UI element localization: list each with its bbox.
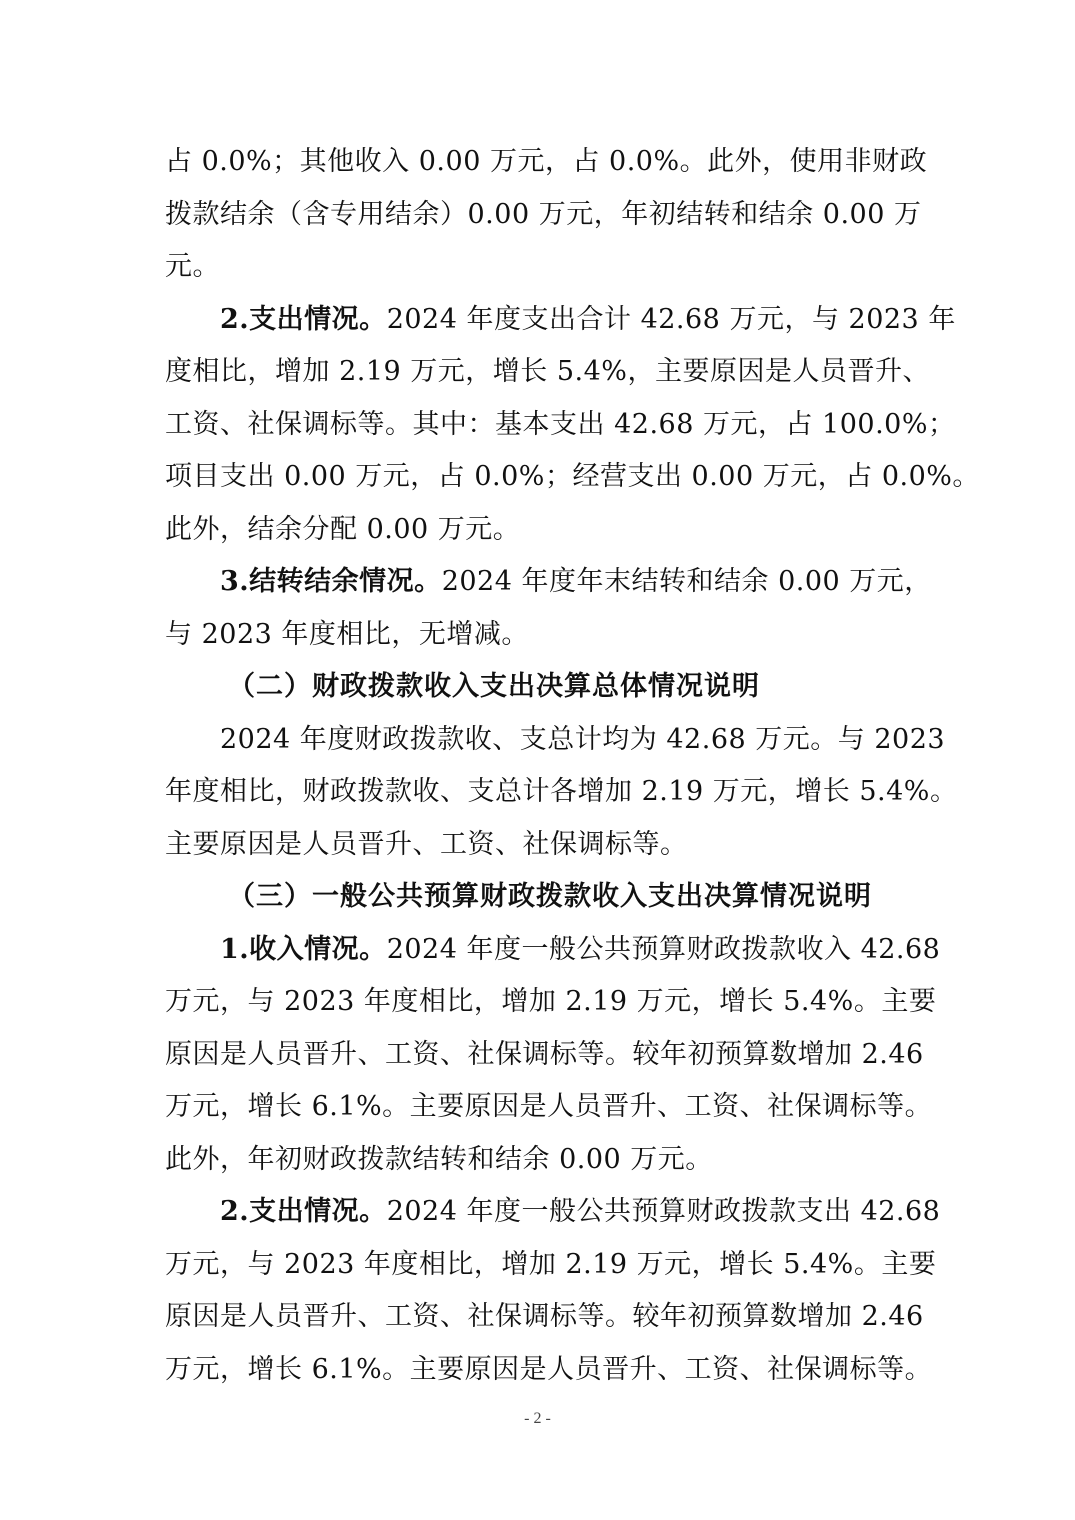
paragraph-line: 2024 年度财政拨款收、支总计均为 42.68 万元。与 2023 bbox=[220, 722, 913, 758]
paragraph-line: 项目支出 0.00 万元，占 0.0%；经营支出 0.00 万元，占 0.0%。 bbox=[165, 459, 913, 495]
expense-paragraph-line: 2.支出情况。2024 年度支出合计 42.68 万元，与 2023 年 bbox=[220, 302, 913, 338]
carryover-label: 3.结转结余情况。 bbox=[220, 566, 442, 597]
paragraph-line: 拨款结余（含专用结余）0.00 万元，年初结转和结余 0.00 万 bbox=[165, 197, 913, 233]
paragraph-line: 万元，增长 6.1%。主要原因是人员晋升、工资、社保调标等。 bbox=[165, 1089, 913, 1125]
paragraph-line: 此外，结余分配 0.00 万元。 bbox=[165, 512, 913, 548]
income-paragraph-line: 1.收入情况。2024 年度一般公共预算财政拨款收入 42.68 bbox=[220, 932, 913, 968]
paragraph-line: 主要原因是人员晋升、工资、社保调标等。 bbox=[165, 827, 913, 863]
section-heading-2: （二）财政拨款收入支出决算总体情况说明 bbox=[228, 669, 760, 705]
gp-expense-label: 2.支出情况。 bbox=[220, 1196, 387, 1227]
paragraph-line: 元。 bbox=[165, 249, 913, 285]
gp-expense-paragraph-line: 2.支出情况。2024 年度一般公共预算财政拨款支出 42.68 bbox=[220, 1194, 913, 1230]
paragraph-line: 万元，与 2023 年度相比，增加 2.19 万元，增长 5.4%。主要 bbox=[165, 984, 913, 1020]
paragraph-line: 与 2023 年度相比，无增减。 bbox=[165, 617, 913, 653]
paragraph-line: 原因是人员晋升、工资、社保调标等。较年初预算数增加 2.46 bbox=[165, 1299, 913, 1335]
carryover-paragraph-line: 3.结转结余情况。2024 年度年末结转和结余 0.00 万元， bbox=[220, 564, 913, 600]
paragraph-line: 占 0.0%；其他收入 0.00 万元，占 0.0%。此外，使用非财政 bbox=[165, 144, 913, 180]
page-number: - 2 - bbox=[0, 1410, 1075, 1428]
section-heading-3: （三）一般公共预算财政拨款收入支出决算情况说明 bbox=[228, 879, 872, 915]
paragraph-line: 度相比，增加 2.19 万元，增长 5.4%，主要原因是人员晋升、 bbox=[165, 354, 913, 390]
paragraph-line: 万元，增长 6.1%。主要原因是人员晋升、工资、社保调标等。 bbox=[165, 1352, 913, 1388]
income-label: 1.收入情况。 bbox=[220, 934, 387, 965]
expense-label: 2.支出情况。 bbox=[220, 304, 387, 335]
paragraph-line: 原因是人员晋升、工资、社保调标等。较年初预算数增加 2.46 bbox=[165, 1037, 913, 1073]
paragraph-line: 万元，与 2023 年度相比，增加 2.19 万元，增长 5.4%。主要 bbox=[165, 1247, 913, 1283]
paragraph-line: 工资、社保调标等。其中：基本支出 42.68 万元，占 100.0%； bbox=[165, 407, 913, 443]
paragraph-line: 此外，年初财政拨款结转和结余 0.00 万元。 bbox=[165, 1142, 913, 1178]
paragraph-line: 年度相比，财政拨款收、支总计各增加 2.19 万元，增长 5.4%。 bbox=[165, 774, 913, 810]
document-page: 占 0.0%；其他收入 0.00 万元，占 0.0%。此外，使用非财政 拨款结余… bbox=[0, 0, 1075, 1520]
